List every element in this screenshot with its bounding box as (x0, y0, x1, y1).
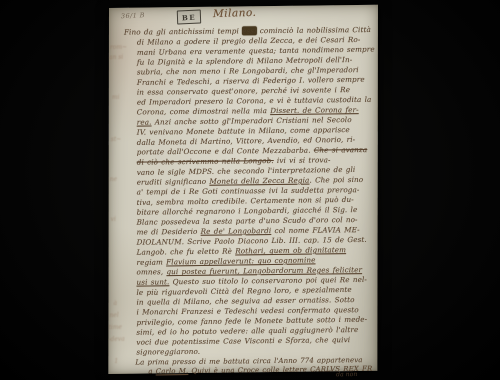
margin-mark: st~ (111, 136, 122, 143)
text-segment: regiam (137, 258, 167, 267)
text-segment: essi (242, 26, 256, 35)
margin-mark: 1 (114, 358, 118, 365)
margin-mark: mi (112, 94, 120, 101)
margin-mark: nel (109, 312, 118, 319)
text-segment: Corona, come dimostrai nella mia (137, 106, 270, 116)
text-segment: Dissert. de Corona fer- (270, 105, 358, 115)
margin-mark: time (108, 324, 122, 331)
text-segment: . Che poi sino (309, 175, 363, 185)
catchword: da non (336, 371, 357, 378)
text-segment: eruditi significano (137, 177, 210, 187)
text-segment: Che si avanza (314, 145, 367, 155)
margin-mark: à (113, 300, 117, 307)
text-segment: tiva, sembra molto credibile. Certamente… (137, 195, 354, 207)
library-stamp: BE (177, 9, 201, 24)
photo-background: 36/1 B BE Milano. Fino da gli antichissi… (0, 0, 500, 380)
text-segment: col nome FLAVIA ME- (271, 225, 359, 235)
stamp-text: BE (182, 12, 197, 22)
archival-number: 36/1 B (121, 11, 145, 20)
text-segment: Carlo M. (156, 367, 189, 375)
text-segment: Re de' Longobardi (201, 226, 272, 236)
text-segment: le più riguardevoli Città del Regno loro… (136, 285, 351, 297)
margin-mark: -deva (108, 336, 124, 343)
text-segment: cominciò la nobilissima Città (257, 25, 371, 35)
text-segment: me di Desiderio (137, 227, 201, 237)
text-segment: La prima presso di me battuta circa l'An… (135, 356, 362, 366)
text-segment: vano le sigle MDPS. che secondo l'interp… (137, 165, 356, 177)
text-segment: Moneta della Zecca Regia (209, 176, 309, 186)
text-segment: qui postea fuerunt, Langobardorum Reges … (166, 265, 362, 276)
text-segment: rea. (137, 117, 152, 126)
margin-mark: ne (110, 176, 118, 183)
margin-mark: rom~ (110, 44, 127, 52)
text-segment: Rothari, quem ob dignitatem (235, 245, 346, 255)
text-segment: portate dall'Occone e dal Conte Mezzabar… (137, 146, 314, 157)
text-segment: ivi vi si trova- (274, 155, 331, 165)
text-segment: usi sunt. (137, 277, 170, 286)
margin-mark: vi (111, 216, 116, 223)
text-segment: signoreggiarono. (136, 347, 200, 357)
manuscript-body: Fino da gli antichissimi tempi essi comi… (136, 25, 375, 358)
text-segment: Fino da gli antichissimi tempi (124, 26, 242, 36)
manuscript-page: 36/1 B BE Milano. Fino da gli antichissi… (108, 5, 378, 374)
text-segment: Franchi e Tedeschi, a riserva di Federig… (137, 75, 365, 87)
text-segment: privilegio, come fanno fede le Monete ba… (136, 315, 367, 327)
text-segment: omnes, (137, 267, 167, 276)
text-segment: Langob. che fu eletto Rè (137, 246, 236, 256)
text-segment: di ciò che scrivemmo nella Longob. (137, 156, 274, 167)
margin-mark: an si (109, 54, 123, 61)
page-title: Milano. (213, 7, 257, 20)
